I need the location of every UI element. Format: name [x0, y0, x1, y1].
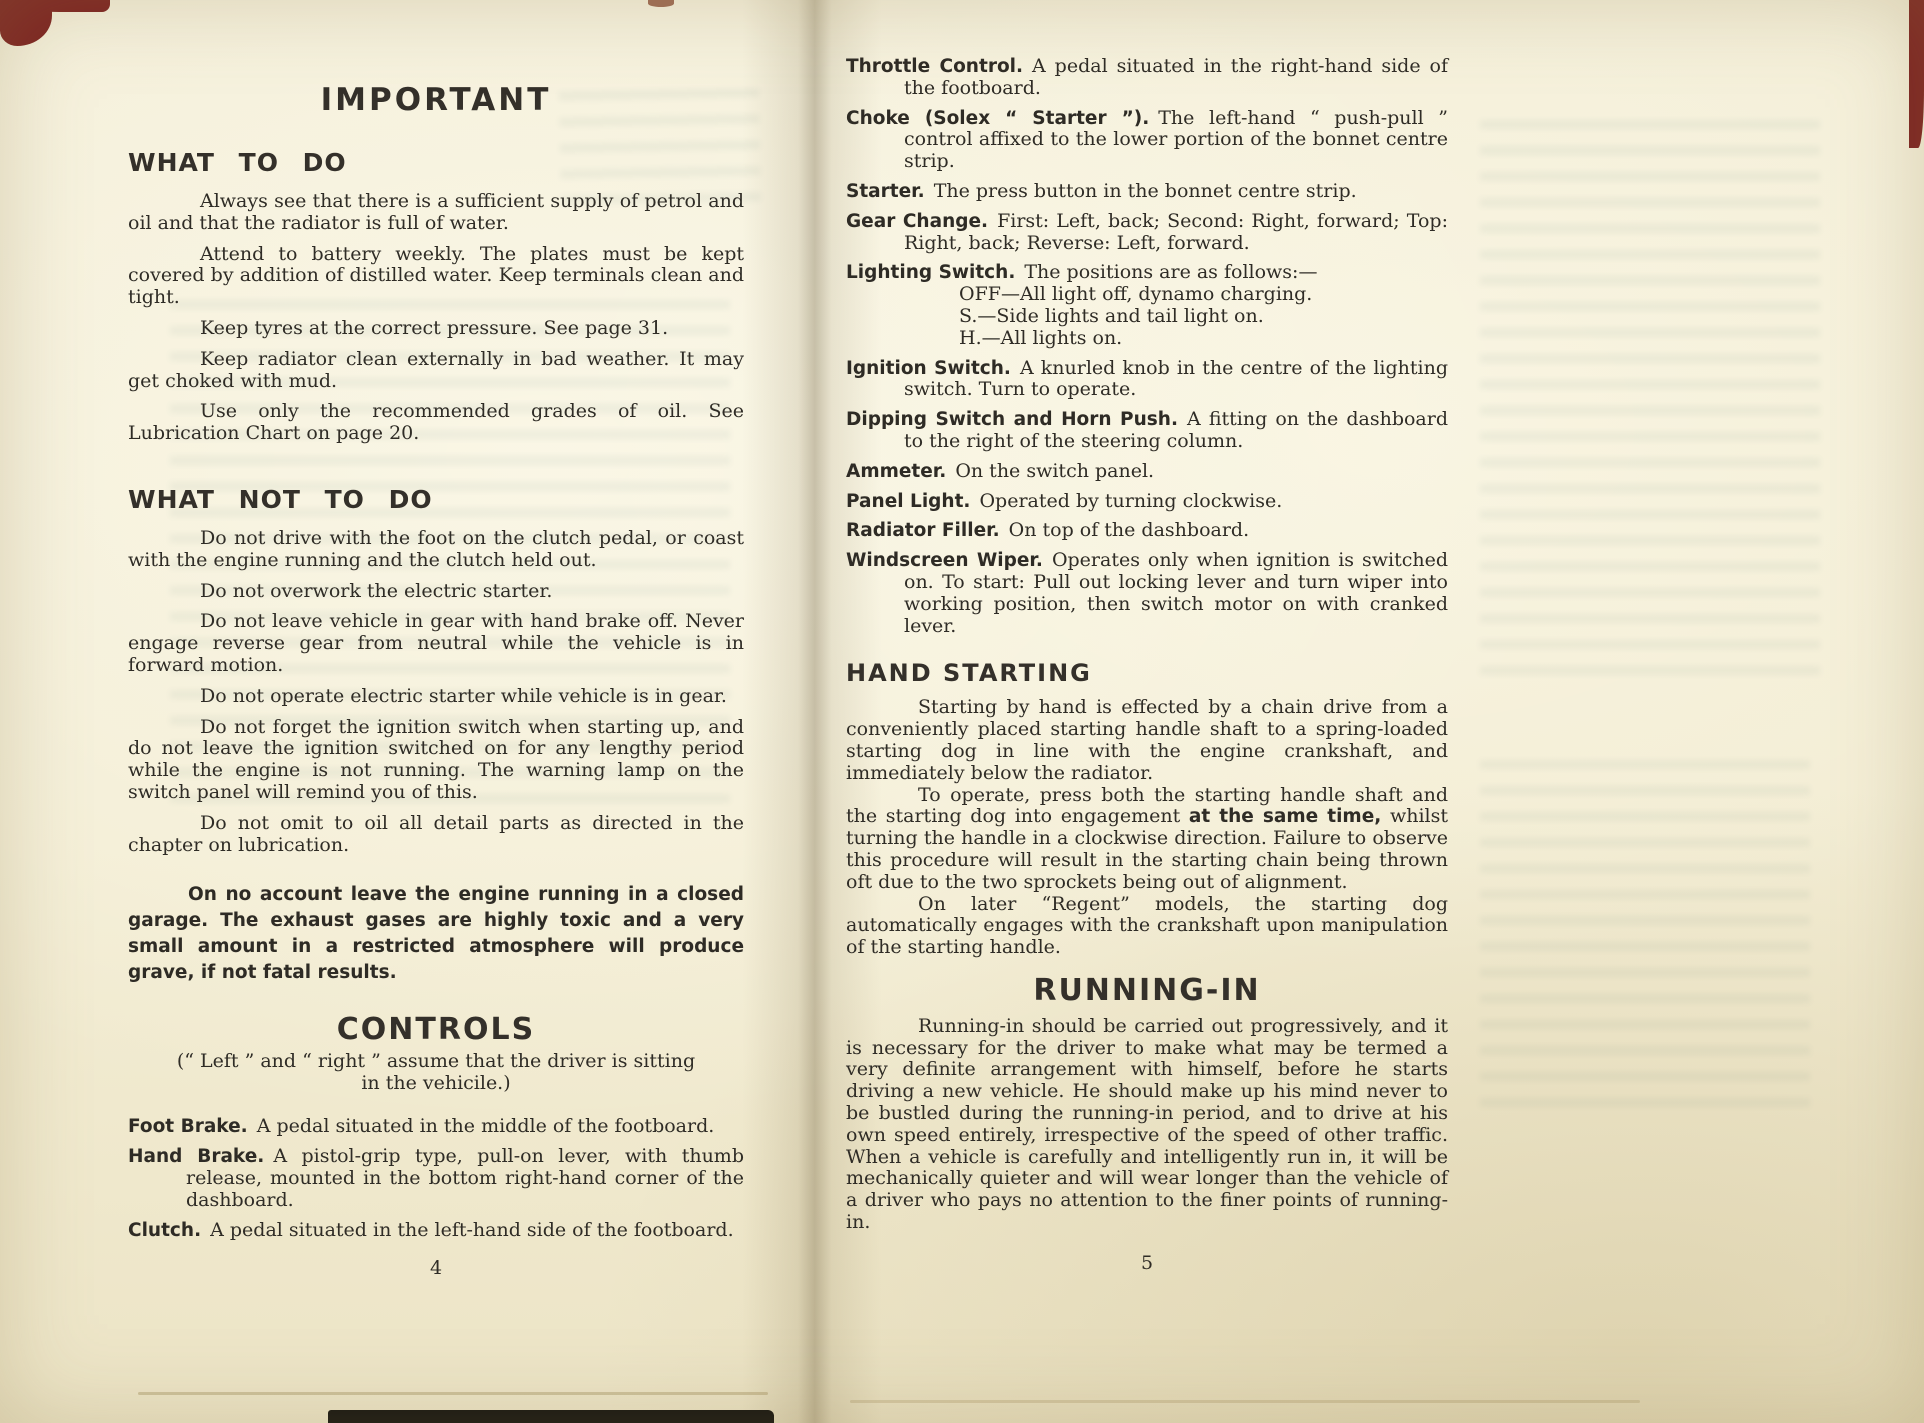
lighting-position-line: OFF—All light off, dynamo charging.	[959, 284, 1448, 306]
control-term: Ignition Switch.	[846, 358, 1011, 379]
control-term: Clutch.	[128, 1220, 201, 1241]
what-not-to-do-paragraph: Do not operate electric starter while ve…	[128, 686, 744, 708]
closed-garage-warning: On no account leave the engine running i…	[128, 882, 744, 986]
control-entry: Throttle Control.A pedal situated in the…	[846, 56, 1448, 100]
page-bottom-edge-left	[138, 1392, 768, 1395]
what-not-to-do-paragraph: Do not omit to oil all detail parts as d…	[128, 813, 744, 857]
control-term: Foot Brake.	[128, 1116, 248, 1137]
controls-note-line2: in the vehicile.)	[128, 1073, 744, 1095]
what-not-to-do-paragraph: Do not overwork the electric starter.	[128, 581, 744, 603]
book-cover-speck	[648, 0, 674, 7]
control-desc: The positions are as follows:—	[1024, 261, 1317, 283]
control-term: Panel Light.	[846, 491, 970, 512]
book-cover-edge-right	[1909, 0, 1924, 148]
control-term: Gear Change.	[846, 211, 988, 232]
controls-list: Foot Brake.A pedal situated in the middl…	[128, 1116, 744, 1241]
lighting-position-line: S.—Side lights and tail light on.	[959, 306, 1448, 328]
what-not-to-do-paragraph: Do not leave vehicle in gear with hand b…	[128, 611, 744, 676]
control-term: Radiator Filler.	[846, 520, 1000, 541]
print-showthrough	[1480, 760, 1810, 1120]
control-entry: Starter.The press button in the bonnet c…	[846, 181, 1448, 203]
hand-starting-heading: HAND STARTING	[846, 659, 1448, 687]
what-to-do-paragraph: Always see that there is a sufficient su…	[128, 191, 744, 235]
lighting-position-line: H.—All lights on.	[959, 328, 1448, 350]
control-entry: Clutch.A pedal situated in the left-hand…	[128, 1220, 744, 1242]
control-term: Choke (Solex “ Starter ”).	[846, 108, 1149, 129]
control-term: Hand Brake.	[128, 1146, 264, 1167]
control-term: Ammeter.	[846, 461, 946, 482]
controls-heading: CONTROLS	[128, 1012, 744, 1047]
scanner-dark-strip	[328, 1410, 774, 1423]
what-not-to-do-heading: WHAT NOT TO DO	[128, 485, 744, 514]
page-title-important: IMPORTANT	[128, 82, 744, 118]
control-entry: Dipping Switch and Horn Push.A fitting o…	[846, 409, 1448, 453]
control-desc: A pistol-grip type, pull-on lever, with …	[186, 1145, 744, 1211]
control-entry: Gear Change.First: Left, back; Second: R…	[846, 211, 1448, 255]
control-entry-lighting-switch: Lighting Switch.The positions are as fol…	[846, 262, 1448, 349]
what-not-to-do-paragraph: Do not forget the ignition switch when s…	[128, 717, 744, 804]
control-entry: Windscreen Wiper.Operates only when igni…	[846, 550, 1448, 637]
control-desc: A pedal situated in the left-hand side o…	[210, 1219, 734, 1241]
running-in-paragraph: Running-in should be carried out progres…	[846, 1016, 1448, 1234]
hand-starting-paragraph: Starting by hand is effected by a chain …	[846, 697, 1448, 784]
control-entry: Choke (Solex “ Starter ”).The left-hand …	[846, 108, 1448, 173]
hand-starting-paragraph: On later “Regent” models, the starting d…	[846, 894, 1448, 959]
controls-list-continued: Throttle Control.A pedal situated in the…	[846, 56, 1448, 637]
control-entry: Radiator Filler.On top of the dashboard.	[846, 520, 1448, 542]
what-to-do-paragraph: Keep tyres at the correct pressure. See …	[128, 318, 744, 340]
control-desc: A pedal situated in the middle of the fo…	[257, 1115, 715, 1137]
control-term: Throttle Control.	[846, 56, 1023, 77]
control-term: Windscreen Wiper.	[846, 550, 1043, 571]
what-to-do-paragraph: Attend to battery weekly. The plates mus…	[128, 244, 744, 309]
right-page: Throttle Control.A pedal situated in the…	[846, 56, 1448, 1274]
control-desc: The press button in the bonnet centre st…	[934, 180, 1357, 202]
control-entry: Panel Light.Operated by turning clockwis…	[846, 491, 1448, 513]
control-entry: Foot Brake.A pedal situated in the middl…	[128, 1116, 744, 1138]
what-to-do-heading: WHAT TO DO	[128, 148, 744, 177]
control-term: Dipping Switch and Horn Push.	[846, 409, 1178, 430]
control-entry: Hand Brake.A pistol-grip type, pull-on l…	[128, 1146, 744, 1211]
left-page: IMPORTANT WHAT TO DO Always see that the…	[128, 82, 744, 1279]
what-to-do-paragraph: Use only the recommended grades of oil. …	[128, 401, 744, 445]
book-cover-corner-topleft	[0, 0, 52, 46]
control-term: Starter.	[846, 181, 925, 202]
control-entry: Ammeter.On the switch panel.	[846, 461, 1448, 483]
page-bottom-edge-right	[850, 1400, 1640, 1403]
manual-open-spread: IMPORTANT WHAT TO DO Always see that the…	[0, 0, 1924, 1423]
page-number-right: 5	[846, 1252, 1448, 1274]
running-in-heading: RUNNING-IN	[846, 973, 1448, 1008]
what-to-do-paragraph: Keep radiator clean externally in bad we…	[128, 349, 744, 393]
what-not-to-do-paragraph: Do not drive with the foot on the clutch…	[128, 528, 744, 572]
control-desc: On the switch panel.	[955, 460, 1154, 482]
emphasis-text: at the same time,	[1189, 806, 1381, 827]
control-term: Lighting Switch.	[846, 262, 1015, 283]
control-desc: Operated by turning clockwise.	[979, 490, 1282, 512]
hand-starting-paragraph: To operate, press both the starting hand…	[846, 785, 1448, 894]
page-number-left: 4	[128, 1257, 744, 1279]
controls-note-line1: (“ Left ” and “ right ” assume that the …	[128, 1051, 744, 1073]
control-entry: Ignition Switch.A knurled knob in the ce…	[846, 358, 1448, 402]
control-desc: On top of the dashboard.	[1009, 519, 1250, 541]
print-showthrough	[1480, 120, 1820, 680]
